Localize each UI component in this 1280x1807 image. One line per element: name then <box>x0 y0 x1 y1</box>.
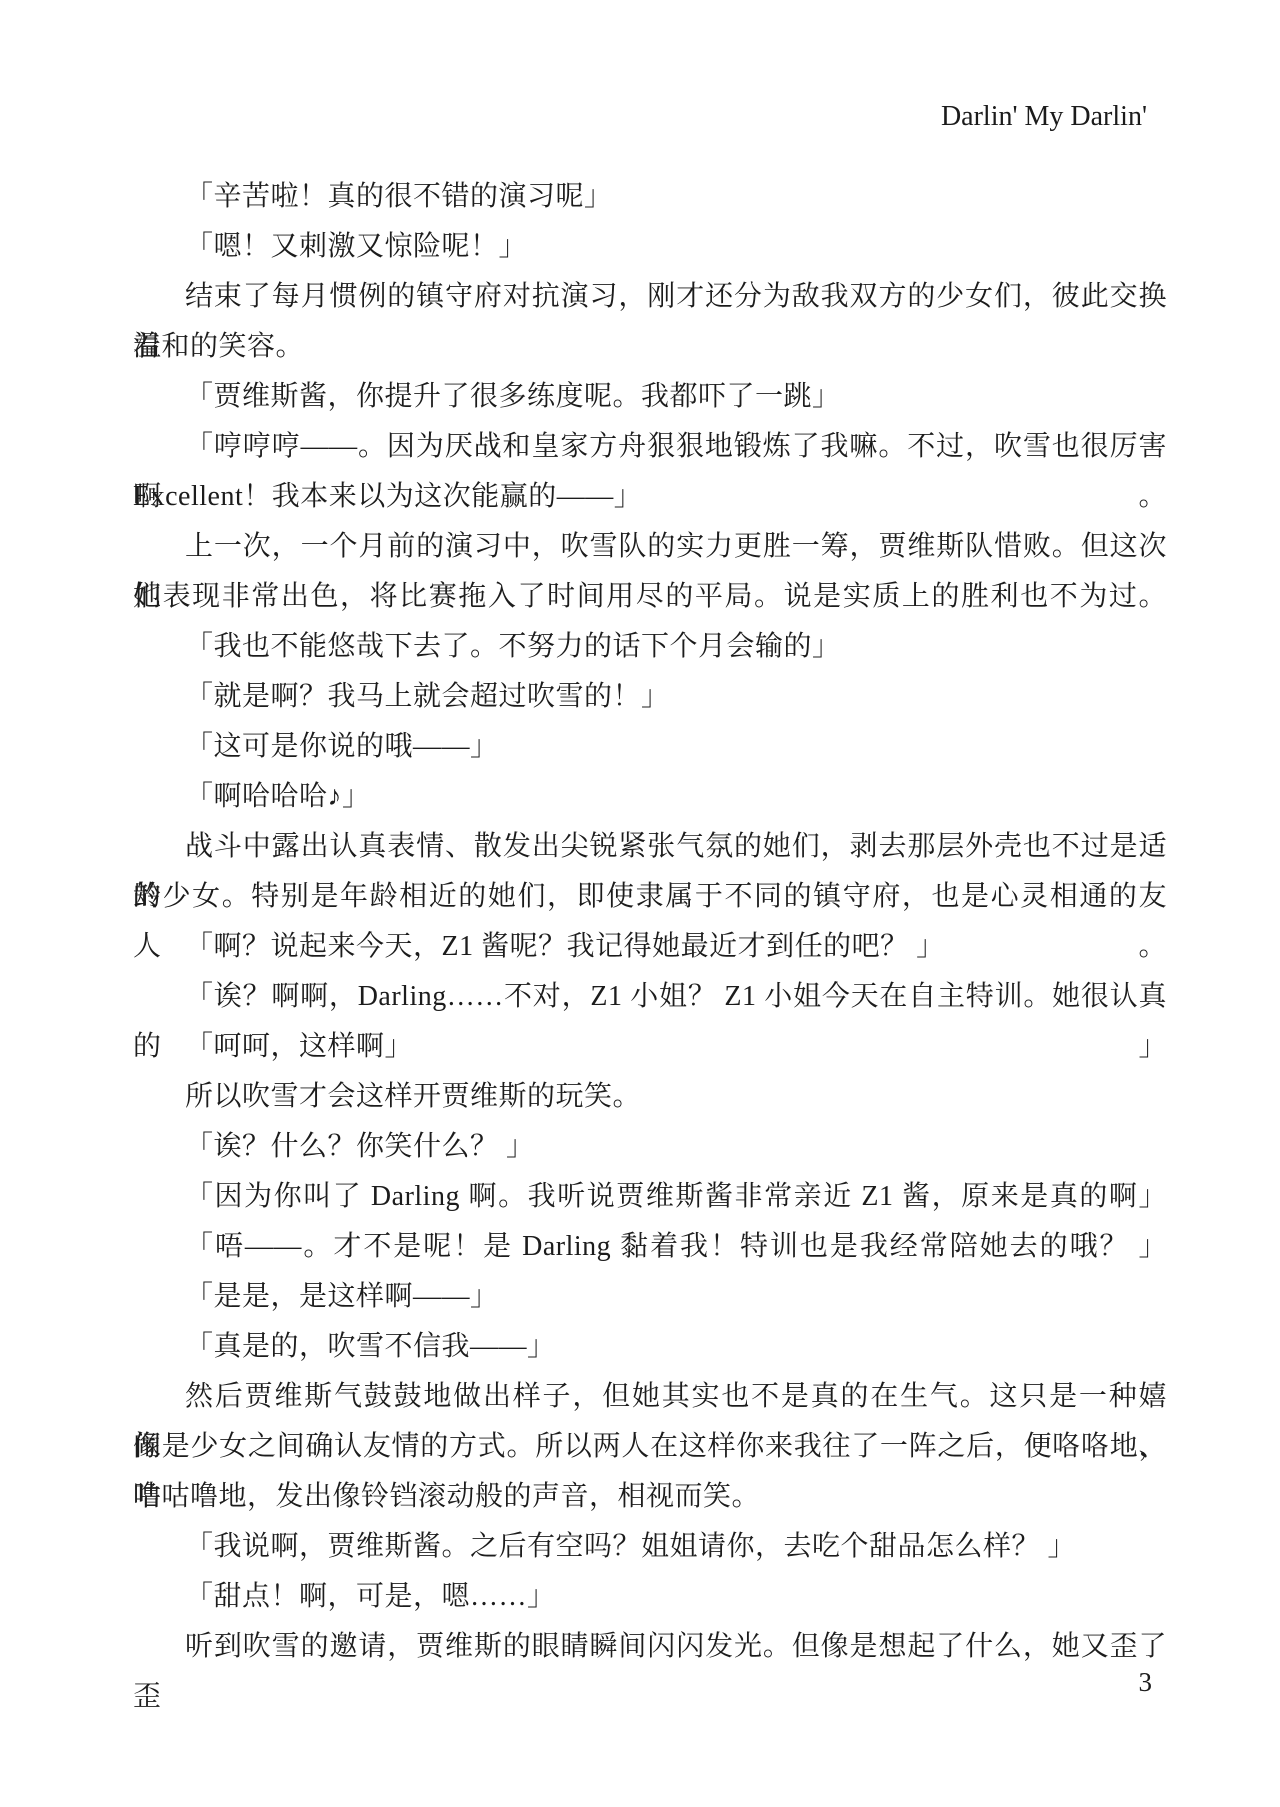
text-line: 们表现非常出色，将比赛拖入了时间用尽的平局。说是实质上的胜利也不为过。 <box>133 572 1167 622</box>
text-line: 上一次，一个月前的演习中，吹雪队的实力更胜一筹，贾维斯队惜败。但这次她 <box>133 522 1167 572</box>
text-line: 「我也不能悠哉下去了。不努力的话下个月会输的」 <box>133 622 1167 672</box>
text-line: 「甜点！啊，可是，嗯……」 <box>133 1572 1167 1622</box>
text-line: 噜咕噜地，发出像铃铛滚动般的声音，相视而笑。 <box>133 1472 1167 1522</box>
text-line: 「诶？啊啊，Darling……不对，Z1 小姐？ Z1 小姐今天在自主特训。她很… <box>133 972 1167 1022</box>
text-line: 「哼哼哼——。因为厌战和皇家方舟狠狠地锻炼了我嘛。不过，吹雪也很厉害啊。 <box>133 422 1167 472</box>
text-line: 听到吹雪的邀请，贾维斯的眼睛瞬间闪闪发光。但像是想起了什么，她又歪了歪 <box>133 1622 1167 1672</box>
text-line: 所以吹雪才会这样开贾维斯的玩笑。 <box>133 1072 1167 1122</box>
text-line: 「这可是你说的哦——」 <box>133 722 1167 772</box>
text-line: 战斗中露出认真表情、散发出尖锐紧张气氛的她们，剥去那层外壳也不过是适龄 <box>133 822 1167 872</box>
document-page: Darlin' My Darlin' 「辛苦啦！真的很不错的演习呢」 「嗯！又刺… <box>0 0 1280 1807</box>
text-line: 「就是啊？我马上就会超过吹雪的！」 <box>133 672 1167 722</box>
text-line: 「唔——。才不是呢！是 Darling 黏着我！特训也是我经常陪她去的哦？ 」 <box>133 1222 1167 1272</box>
text-line: 的少女。特别是年龄相近的她们，即使隶属于不同的镇守府，也是心灵相通的友人。 <box>133 872 1167 922</box>
text-line: 「是是，是这样啊——」 <box>133 1272 1167 1322</box>
text-line: 「啊哈哈哈♪」 <box>133 772 1167 822</box>
page-number: 3 <box>1139 1664 1153 1700</box>
text-line: 「诶？什么？你笑什么？ 」 <box>133 1122 1167 1172</box>
body-text: 「辛苦啦！真的很不错的演习呢」 「嗯！又刺激又惊险呢！」 结束了每月惯例的镇守府… <box>133 172 1167 1672</box>
text-line: 「真是的，吹雪不信我——」 <box>133 1322 1167 1372</box>
text-line: 「辛苦啦！真的很不错的演习呢」 <box>133 172 1167 222</box>
text-line: 温和的笑容。 <box>133 322 1167 372</box>
text-line: 结束了每月惯例的镇守府对抗演习，刚才还分为敌我双方的少女们，彼此交换着 <box>133 272 1167 322</box>
text-line: 「贾维斯酱，你提升了很多练度呢。我都吓了一跳」 <box>133 372 1167 422</box>
running-header-title: Darlin' My Darlin' <box>941 100 1147 134</box>
text-line: 像是少女之间确认友情的方式。所以两人在这样你来我往了一阵之后，便咯咯地、咕 <box>133 1422 1167 1472</box>
text-line: 「因为你叫了 Darling 啊。我听说贾维斯酱非常亲近 Z1 酱，原来是真的啊… <box>133 1172 1167 1222</box>
text-line: 然后贾维斯气鼓鼓地做出样子，但她其实也不是真的在生气。这只是一种嬉闹， <box>133 1372 1167 1422</box>
text-line: 「我说啊，贾维斯酱。之后有空吗？姐姐请你，去吃个甜品怎么样？ 」 <box>133 1522 1167 1572</box>
text-line: 「嗯！又刺激又惊险呢！」 <box>133 222 1167 272</box>
